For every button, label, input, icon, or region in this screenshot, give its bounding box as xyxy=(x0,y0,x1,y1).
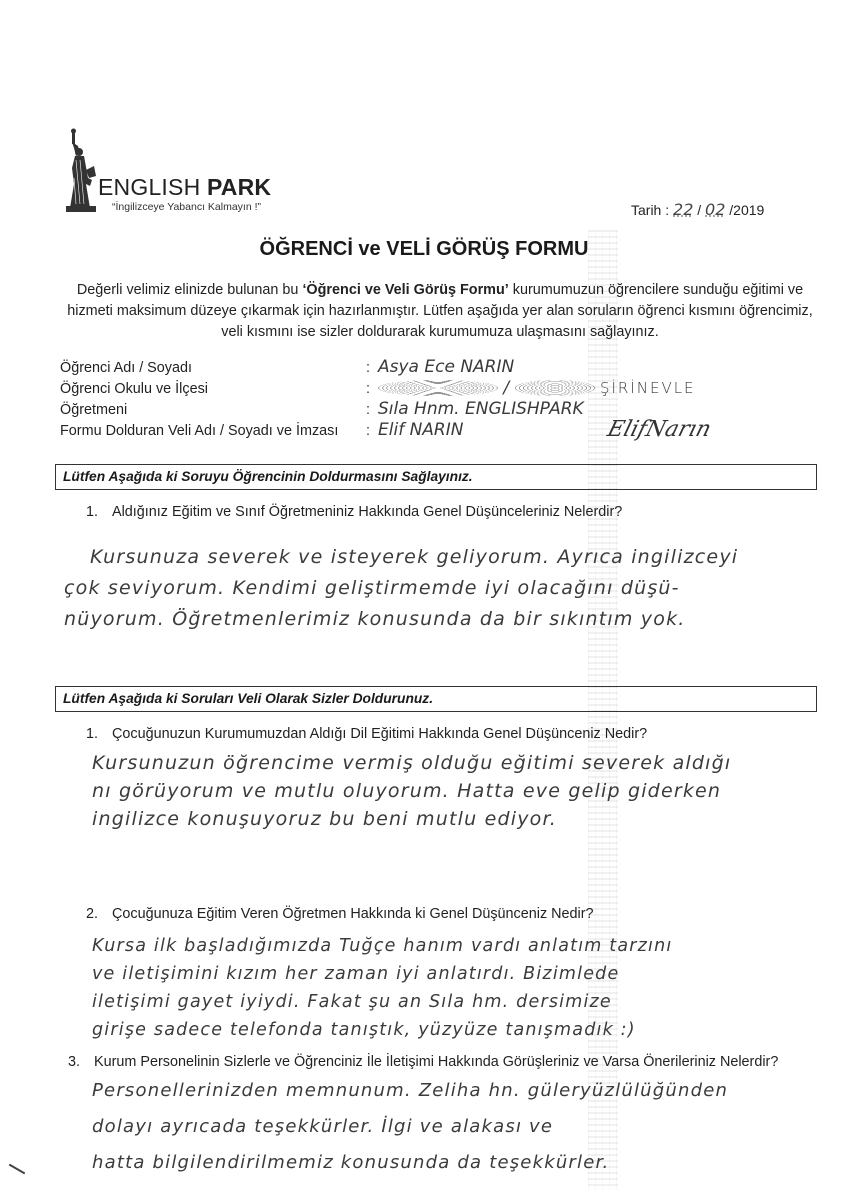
info-fields: Öğrenci Adı / Soyadı : Asya Ece NARIN Öğ… xyxy=(60,360,840,444)
field-colon: : xyxy=(366,402,370,418)
field-label: Öğrenci Okulu ve İlçesi xyxy=(60,381,208,397)
question-text: Kurum Personelinin Sizlerle ve Öğrencini… xyxy=(94,1054,778,1070)
teacher-value[interactable]: Sıla Hnm. ENGLISHPARK xyxy=(378,399,584,419)
intro-paragraph: Değerli velimiz elinizde bulunan bu ‘Öğr… xyxy=(60,280,820,343)
answer-line: girişe sadece telefonda tanıştık, yüzyüz… xyxy=(92,1020,832,1048)
question-number: 3. xyxy=(68,1054,94,1070)
form-title: ÖĞRENCİ ve VELİ GÖRÜŞ FORMU xyxy=(0,238,848,261)
section-heading-text: Lütfen Aşağıda ki Soruları Veli Olarak S… xyxy=(63,691,433,706)
brand-light: ENGLISH xyxy=(98,174,207,200)
answer-line: ingilizce konuşuyoruz bu beni mutlu ediy… xyxy=(92,808,832,836)
question-text: Aldığınız Eğitim ve Sınıf Öğretmeniniz H… xyxy=(112,504,622,520)
question-text: Çocuğunuzun Kurumumuzdan Aldığı Dil Eğit… xyxy=(112,726,647,742)
answer-line: nı görüyorum ve mutlu oluyorum. Hatta ev… xyxy=(92,780,832,808)
intro-text-pre: Değerli velimiz elinizde bulunan bu xyxy=(77,282,303,298)
date-month[interactable]: 02 xyxy=(705,200,725,219)
value-separator: / xyxy=(498,378,515,398)
student-name-value[interactable]: Asya Ece NARIN xyxy=(378,357,514,377)
parent-section-heading: Lütfen Aşağıda ki Soruları Veli Olarak S… xyxy=(55,686,817,712)
answer-line: Kursunuzun öğrencime vermiş olduğu eğiti… xyxy=(92,752,832,780)
intro-form-name: ‘Öğrenci ve Veli Görüş Formu’ xyxy=(302,282,508,298)
date-year: /2019 xyxy=(725,202,764,218)
date-label: Tarih : xyxy=(631,202,669,218)
statue-of-liberty-icon xyxy=(62,128,106,214)
answer-line: iletişimi gayet iyiydi. Fakat şu an Sıla… xyxy=(92,992,832,1020)
district-value: ŞİRİNEVLE xyxy=(600,379,696,397)
date-field: Tarih : 22 / 02 /2019 xyxy=(631,200,764,219)
parent-answer-3[interactable]: Personellerinizden memnunum. Zeliha hn. … xyxy=(92,1080,832,1188)
redacted-school-name xyxy=(378,380,498,396)
parent-question-1: 1.Çocuğunuzun Kurumumuzdan Aldığı Dil Eğ… xyxy=(86,726,647,742)
question-number: 1. xyxy=(86,504,112,520)
parent-answer-1[interactable]: Kursunuzun öğrencime vermiş olduğu eğiti… xyxy=(92,752,832,836)
field-colon: : xyxy=(366,423,370,439)
answer-line: hatta bilgilendirilmemiz konusunda da te… xyxy=(92,1152,832,1188)
answer-line: çok seviyorum. Kendimi geliştirmemde iyi… xyxy=(64,577,830,608)
scan-mark xyxy=(9,1164,26,1175)
student-section-heading: Lütfen Aşağıda ki Soruyu Öğrencinin Dold… xyxy=(55,464,817,490)
date-separator: / xyxy=(693,202,705,218)
field-colon: : xyxy=(366,360,370,376)
section-heading-text: Lütfen Aşağıda ki Soruyu Öğrencinin Dold… xyxy=(63,469,473,484)
parent-question-2: 2.Çocuğunuza Eğitim Veren Öğretmen Hakkı… xyxy=(86,906,594,922)
answer-line: Kursa ilk başladığımızda Tuğçe hanım var… xyxy=(92,936,832,964)
parent-name-value[interactable]: Elif NARIN xyxy=(378,420,463,440)
student-school-value[interactable]: / ŞİRİNEVLE xyxy=(378,378,696,398)
date-day[interactable]: 22 xyxy=(673,200,693,219)
field-label: Öğrenci Adı / Soyadı xyxy=(60,360,192,376)
student-answer-1[interactable]: Kursunuza severek ve isteyerek geliyorum… xyxy=(90,546,830,639)
field-label: Formu Dolduran Veli Adı / Soyadı ve İmza… xyxy=(60,423,338,439)
parent-answer-2[interactable]: Kursa ilk başladığımızda Tuğçe hanım var… xyxy=(92,936,832,1048)
answer-line: Kursunuza severek ve isteyerek geliyorum… xyxy=(90,546,830,577)
parent-question-3: 3.Kurum Personelinin Sizlerle ve Öğrenci… xyxy=(68,1054,778,1070)
parent-signature[interactable]: ElifNarın xyxy=(605,417,714,442)
redacted-district xyxy=(515,380,595,396)
field-parent: Formu Dolduran Veli Adı / Soyadı ve İmza… xyxy=(60,423,840,444)
question-number: 1. xyxy=(86,726,112,742)
brand-bold: PARK xyxy=(207,174,271,200)
brand-name: ENGLISH PARK xyxy=(98,174,271,201)
slogan: “İngilizceye Yabancı Kalmayın !” xyxy=(112,201,261,213)
answer-line: dolayı ayrıcada teşekkürler. İlgi ve ala… xyxy=(92,1116,832,1152)
question-number: 2. xyxy=(86,906,112,922)
english-park-logo: ENGLISH PARK “İngilizceye Yabancı Kalmay… xyxy=(62,128,302,218)
student-question-1: 1.Aldığınız Eğitim ve Sınıf Öğretmeniniz… xyxy=(86,504,622,520)
answer-line: ve iletişimini kızım her zaman iyi anlat… xyxy=(92,964,832,992)
field-colon: : xyxy=(366,381,370,397)
question-text: Çocuğunuza Eğitim Veren Öğretmen Hakkınd… xyxy=(112,906,594,922)
answer-line: nüyorum. Öğretmenlerimiz konusunda da bi… xyxy=(64,608,830,639)
answer-line: Personellerinizden memnunum. Zeliha hn. … xyxy=(92,1080,832,1116)
field-label: Öğretmeni xyxy=(60,402,127,418)
